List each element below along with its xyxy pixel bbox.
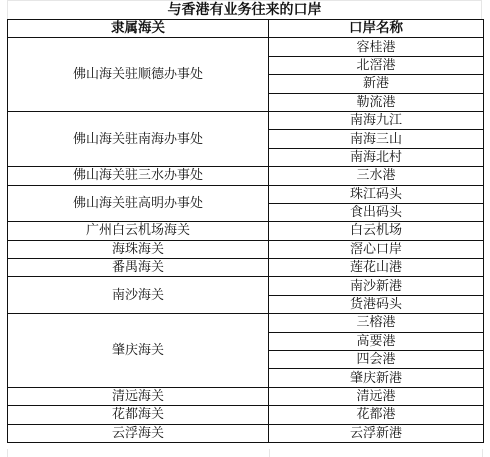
customs-cell: 广州白云机场海关 bbox=[8, 222, 269, 240]
port-cell: 肇庆新港 bbox=[269, 369, 484, 387]
header-customs: 隶属海关 bbox=[8, 20, 269, 38]
table-row: 番禺海关莲花山港 bbox=[8, 259, 484, 277]
port-cell: 南海九江 bbox=[269, 111, 484, 129]
port-cell: 花都港 bbox=[269, 406, 484, 424]
port-cell: 勒流港 bbox=[269, 93, 484, 111]
spreadsheet-gridlines bbox=[7, 449, 483, 457]
port-cell: 莲花山港 bbox=[269, 259, 484, 277]
header-port: 口岸名称 bbox=[269, 20, 484, 38]
port-cell: 容桂港 bbox=[269, 38, 484, 56]
port-cell: 南海北村 bbox=[269, 148, 484, 166]
header-row: 隶属海关 口岸名称 bbox=[8, 20, 484, 38]
table-row: 肇庆海关三榕港 bbox=[8, 314, 484, 332]
customs-cell: 南沙海关 bbox=[8, 277, 269, 314]
port-cell: 四会港 bbox=[269, 351, 484, 369]
port-cell: 新港 bbox=[269, 75, 484, 93]
port-cell: 三水港 bbox=[269, 167, 484, 185]
port-cell: 云浮新港 bbox=[269, 424, 484, 442]
port-cell: 清远港 bbox=[269, 387, 484, 405]
port-cell: 珠江码头 bbox=[269, 185, 484, 203]
port-cell: 货港码头 bbox=[269, 295, 484, 313]
port-cell: 北滘港 bbox=[269, 56, 484, 74]
table-row: 海珠海关滘心口岸 bbox=[8, 240, 484, 258]
port-cell: 滘心口岸 bbox=[269, 240, 484, 258]
customs-cell: 佛山海关驻三水办事处 bbox=[8, 167, 269, 185]
table-row: 佛山海关驻三水办事处三水港 bbox=[8, 167, 484, 185]
table-row: 花都海关花都港 bbox=[8, 406, 484, 424]
port-cell: 白云机场 bbox=[269, 222, 484, 240]
customs-cell: 番禺海关 bbox=[8, 259, 269, 277]
customs-cell: 云浮海关 bbox=[8, 424, 269, 442]
table-row: 佛山海关驻顺德办事处容桂港 bbox=[8, 38, 484, 56]
customs-cell: 佛山海关驻高明办事处 bbox=[8, 185, 269, 222]
customs-cell: 花都海关 bbox=[8, 406, 269, 424]
customs-cell: 佛山海关驻顺德办事处 bbox=[8, 38, 269, 112]
port-cell: 南海三山 bbox=[269, 130, 484, 148]
table-row: 南沙海关南沙新港 bbox=[8, 277, 484, 295]
port-cell: 食出码头 bbox=[269, 203, 484, 221]
customs-cell: 肇庆海关 bbox=[8, 314, 269, 388]
customs-cell: 海珠海关 bbox=[8, 240, 269, 258]
customs-cell: 清远海关 bbox=[8, 387, 269, 405]
table-row: 云浮海关云浮新港 bbox=[8, 424, 484, 442]
port-cell: 高要港 bbox=[269, 332, 484, 350]
port-cell: 三榕港 bbox=[269, 314, 484, 332]
ports-table: 隶属海关 口岸名称 佛山海关驻顺德办事处容桂港北滘港新港勒流港佛山海关驻南海办事… bbox=[7, 19, 484, 443]
customs-cell: 佛山海关驻南海办事处 bbox=[8, 111, 269, 166]
table-title: 与香港有业务往来的口岸 bbox=[7, 0, 482, 19]
table-row: 清远海关清远港 bbox=[8, 387, 484, 405]
table-row: 广州白云机场海关白云机场 bbox=[8, 222, 484, 240]
table-row: 佛山海关驻高明办事处珠江码头 bbox=[8, 185, 484, 203]
port-cell: 南沙新港 bbox=[269, 277, 484, 295]
table-body: 佛山海关驻顺德办事处容桂港北滘港新港勒流港佛山海关驻南海办事处南海九江南海三山南… bbox=[8, 38, 484, 443]
table-row: 佛山海关驻南海办事处南海九江 bbox=[8, 111, 484, 129]
